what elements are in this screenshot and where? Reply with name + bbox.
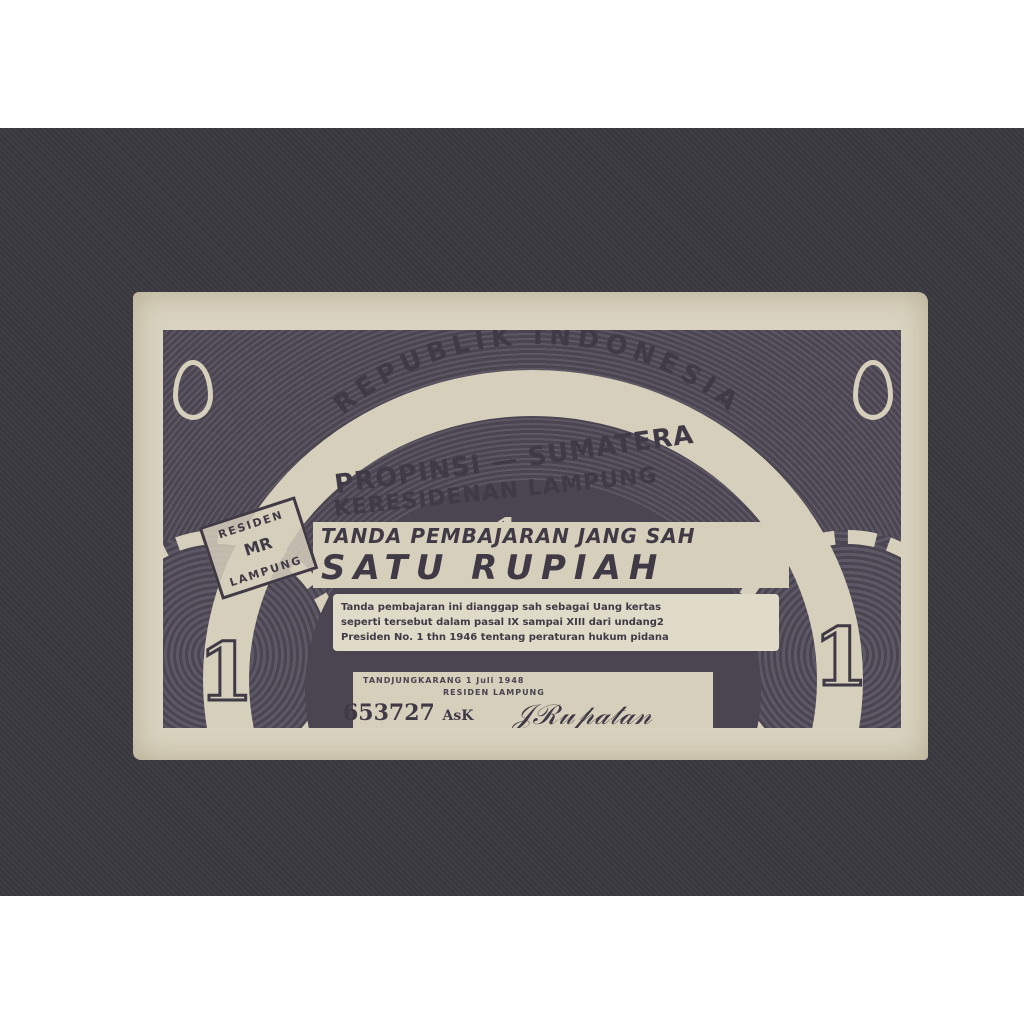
legal-line: Tanda pembajaran ini dianggap sah sebaga… (341, 600, 771, 615)
legal-line: seperti tersebut dalam pasal IX sampai X… (341, 615, 771, 630)
issuer-title: RESIDEN LAMPUNG (443, 688, 545, 697)
serial-digits: 653727 (343, 700, 435, 726)
corner-numeral-right: 1 (813, 610, 869, 704)
issue-place-date: TANDJUNGKARANG 1 Juli 1948 (363, 676, 524, 685)
engraved-frame: REPUBLIK INDONESIA PROPINSI — SUMATERA K… (163, 330, 901, 728)
issue-block: TANDJUNGKARANG 1 Juli 1948 RESIDEN LAMPU… (353, 672, 713, 728)
serial-series: AsK (443, 708, 474, 724)
legal-line: Presiden No. 1 thn 1946 tentang peratura… (341, 630, 771, 645)
serial-number: 653727 AsK (343, 700, 473, 726)
signature: 𝒥ℛ𝓊𝓅𝒶𝓉𝒶𝓃 (513, 698, 652, 728)
svg-text:REPUBLIK INDONESIA: REPUBLIK INDONESIA (328, 330, 748, 420)
corner-numeral-left: 1 (198, 625, 254, 719)
denomination: SATU RUPIAH (313, 548, 789, 588)
payment-label: TANDA PEMBAJARAN JANG SAH (313, 522, 789, 550)
banknote: REPUBLIK INDONESIA PROPINSI — SUMATERA K… (133, 292, 928, 760)
legal-text: Tanda pembajaran ini dianggap sah sebaga… (333, 594, 779, 651)
